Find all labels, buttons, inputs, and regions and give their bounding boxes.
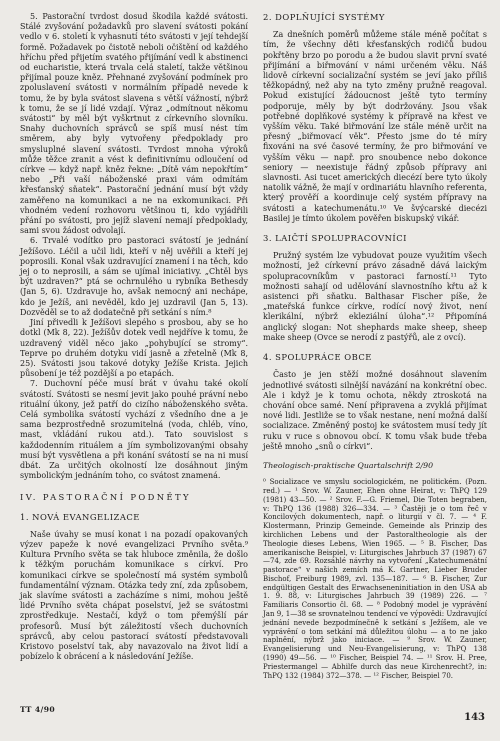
section-heading-iv-pastoracni-podnety: IV. PASTORAČNÍ PODNĚTY [20,492,248,502]
paragraph-7: 7. Duchovní péče musí brát v úvahu také … [20,379,248,481]
paragraph-spoluprace-obce: Často je jen stěží možné dosáhnout slave… [263,370,487,452]
sub-heading-laicti-spolupracovnici: 3. LAIČTÍ SPOLUPRACOVNÍCI [263,233,487,243]
sub-heading-doplnujici-systemy: 2. DOPLŇUJÍCÍ SYSTÉMY [263,12,487,22]
left-column: 5. Pastorační tvrdost dosud škodila každ… [20,12,248,680]
right-column: 2. DOPLŇUJÍCÍ SYSTÉMY Za dnešních poměrů… [263,12,487,680]
source-citation: Theologisch-praktische Quartalschrift 2/… [263,461,487,471]
sub-heading-nova-evangelizace: 1. NOVÁ EVANGELIZACE [20,512,248,522]
paragraph-doplnujici-systemy: Za dnešních poměrů můžeme stále méně poč… [263,30,487,224]
footnotes-block: ⁰ Socializace ve smyslu sociologickém, n… [263,478,487,680]
paragraph-5: 5. Pastorační tvrdost dosud škodila každ… [20,12,248,236]
journal-page: 5. Pastorační tvrdost dosud škodila každ… [0,0,500,741]
paragraph-6-continued: Jiní přivedli k Ježíšovi slepého s prosb… [20,318,248,379]
paragraph-6: 6. Trvalé vodítko pro pastoraci svátostí… [20,236,248,318]
paragraph-nova-evangelizace: Naše úvahy se musí konat i na pozadí opa… [20,530,248,663]
journal-issue-label: TT 4/90 [20,705,55,715]
page-number: 143 [464,713,485,723]
sub-heading-spoluprace-obce: 4. SPOLUPRÁCE OBCE [263,352,487,362]
paragraph-laicti-spolupracovnici: Pružný systém lze vybudovat pouze využit… [263,251,487,343]
two-column-layout: 5. Pastorační tvrdost dosud škodila každ… [20,12,487,680]
